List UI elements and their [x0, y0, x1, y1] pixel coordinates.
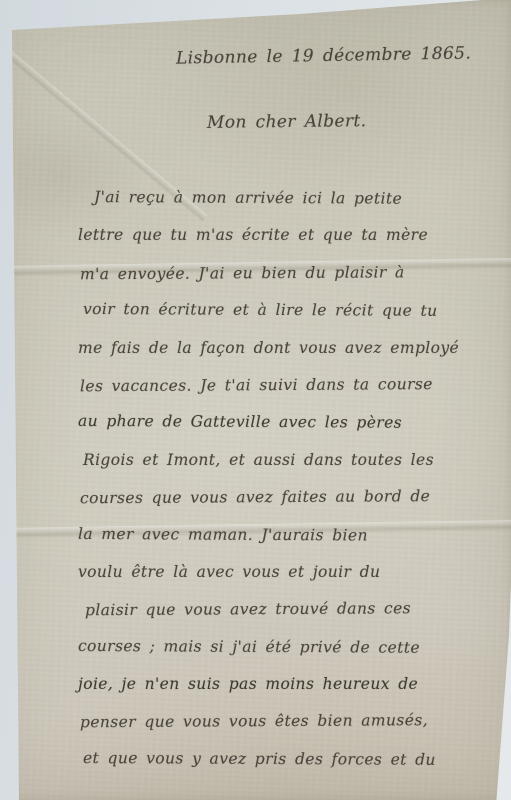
letter-line: au phare de Gatteville avec les pères	[78, 403, 488, 443]
letter-line: lettre que tu m'as écrite et que ta mère	[78, 217, 488, 254]
letter-line: les vacances. Je t'ai suivi dans ta cour…	[80, 366, 490, 406]
letter-line: la mer avec maman. J'aurais bien	[78, 515, 488, 555]
letter-body: J'ai reçu à mon arrivée ici la petitelet…	[78, 180, 488, 778]
letter-salutation: Mon cher Albert.	[207, 111, 367, 133]
letter-line: courses ; mais si j'ai été privé de cett…	[78, 628, 488, 668]
letter-line: m'a envoyée. J'ai eu bien du plaisir à	[80, 254, 490, 294]
letter-line: J'ai reçu à mon arrivée ici la petite	[78, 179, 488, 219]
letter-line: me fais de la façon dont vous avez emplo…	[78, 330, 488, 367]
photo-background: Lisbonne le 19 décembre 1865. Mon cher A…	[0, 0, 511, 800]
letter-line: courses que vous avez faites au bord de	[80, 478, 490, 518]
letter-line: Rigois et Imont, et aussi dans toutes le…	[83, 442, 488, 479]
letter-line: voir ton écriture et à lire le récit que…	[83, 291, 488, 331]
letter-dateline: Lisbonne le 19 décembre 1865.	[176, 43, 472, 68]
letter-line: voulu être là avec vous et jouir du	[78, 554, 488, 591]
letter-line: penser que vous vous êtes bien amusés,	[80, 702, 490, 742]
letter-line: plaisir que vous avez trouvé dans ces	[85, 590, 490, 630]
letter-paper: Lisbonne le 19 décembre 1865. Mon cher A…	[0, 0, 511, 800]
letter-line: et que vous y avez pris des forces et du	[83, 740, 488, 780]
letter-line: joie, je n'en suis pas moins heureux de	[78, 666, 488, 703]
